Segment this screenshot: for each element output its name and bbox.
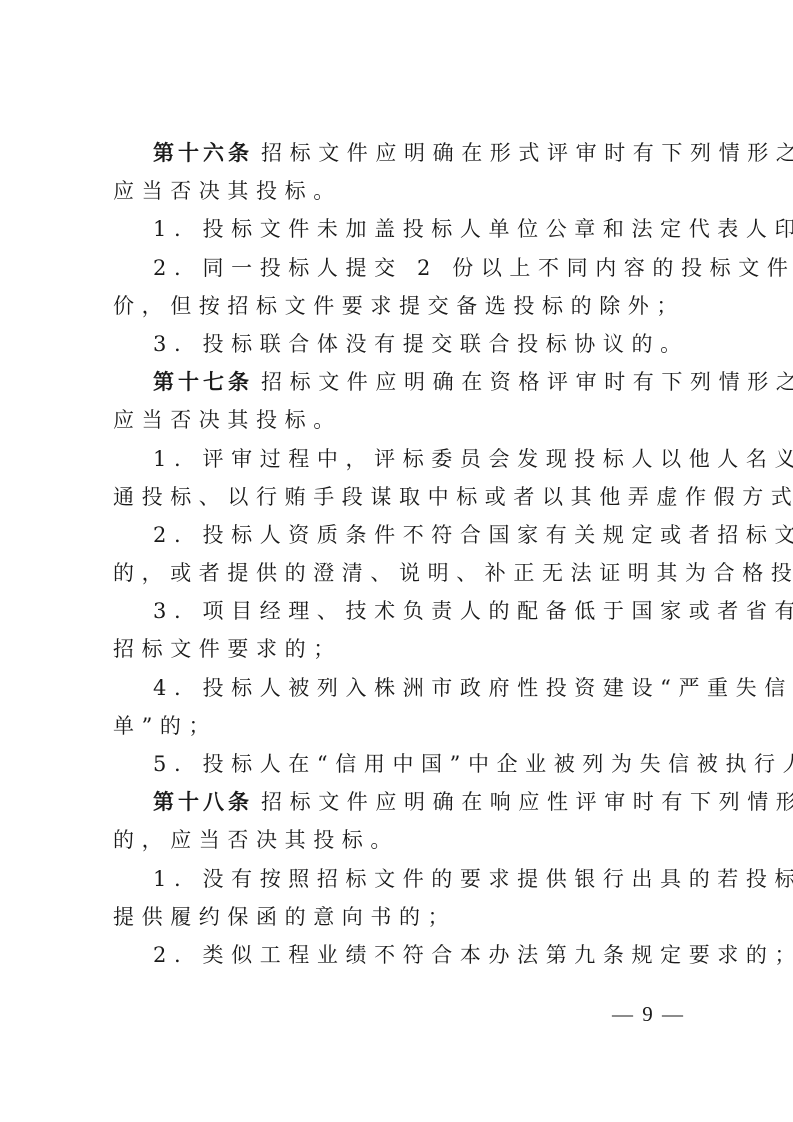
list-item: 2. 类似工程业绩不符合本办法第九条规定要求的； (113, 936, 698, 974)
article-text: 招标文件应明确在资格评审时有下列情形之一的， (261, 370, 793, 394)
page-number: — 9 — (612, 1002, 685, 1027)
list-item-continued: 的，或者提供的澄清、说明、补正无法证明其为合格投标人的； (113, 554, 698, 592)
list-item-continued: 招标文件要求的； (113, 630, 698, 668)
list-item: 2. 投标人资质条件不符合国家有关规定或者招标文件要求 (113, 516, 698, 554)
list-item-continued: 单”的； (113, 707, 698, 745)
document-body: 第十六条招标文件应明确在形式评审时有下列情形之一的， 应当否决其投标。 1. 投… (113, 134, 698, 974)
article-text: 招标文件应明确在响应性评审时有下列情形之一 (261, 790, 793, 814)
list-item-continued: 通投标、以行贿手段谋取中标或者以其他弄虚作假方式投标的； (113, 478, 698, 516)
list-item-continued: 价，但按招标文件要求提交备选投标的除外； (113, 287, 698, 325)
article-heading: 第十七条招标文件应明确在资格评审时有下列情形之一的， (113, 363, 698, 401)
list-item: 4. 投标人被列入株洲市政府性投资建设“严重失信企业名 (113, 669, 698, 707)
list-item: 1. 投标文件未加盖投标人单位公章和法定代表人印章的； (113, 210, 698, 248)
article-heading: 第十六条招标文件应明确在形式评审时有下列情形之一的， (113, 134, 698, 172)
list-item: 3. 项目经理、技术负责人的配备低于国家或者省有关规定及 (113, 592, 698, 630)
article-17: 第十七条招标文件应明确在资格评审时有下列情形之一的， 应当否决其投标。 1. 评… (113, 363, 698, 783)
list-item: 2. 同一投标人提交 2 份以上不同内容的投标文件或者投标报 (113, 249, 698, 287)
list-item: 5. 投标人在“信用中国”中企业被列为失信被执行人的。 (113, 745, 698, 783)
article-18: 第十八条招标文件应明确在响应性评审时有下列情形之一 的，应当否决其投标。 1. … (113, 783, 698, 974)
list-item: 3. 投标联合体没有提交联合投标协议的。 (113, 325, 698, 363)
article-text-continued: 的，应当否决其投标。 (113, 821, 698, 859)
article-number: 第十八条 (153, 789, 253, 814)
article-16: 第十六条招标文件应明确在形式评审时有下列情形之一的， 应当否决其投标。 1. 投… (113, 134, 698, 363)
article-heading: 第十八条招标文件应明确在响应性评审时有下列情形之一 (113, 783, 698, 821)
list-item-continued: 提供履约保函的意向书的； (113, 898, 698, 936)
article-number: 第十七条 (153, 369, 253, 394)
article-number: 第十六条 (153, 140, 253, 165)
list-item: 1. 没有按照招标文件的要求提供银行出具的若投标人中标即 (113, 860, 698, 898)
article-text: 招标文件应明确在形式评审时有下列情形之一的， (261, 141, 793, 165)
list-item: 1. 评审过程中，评标委员会发现投标人以他人名义投标、串 (113, 440, 698, 478)
article-text-continued: 应当否决其投标。 (113, 172, 698, 210)
article-text-continued: 应当否决其投标。 (113, 401, 698, 439)
